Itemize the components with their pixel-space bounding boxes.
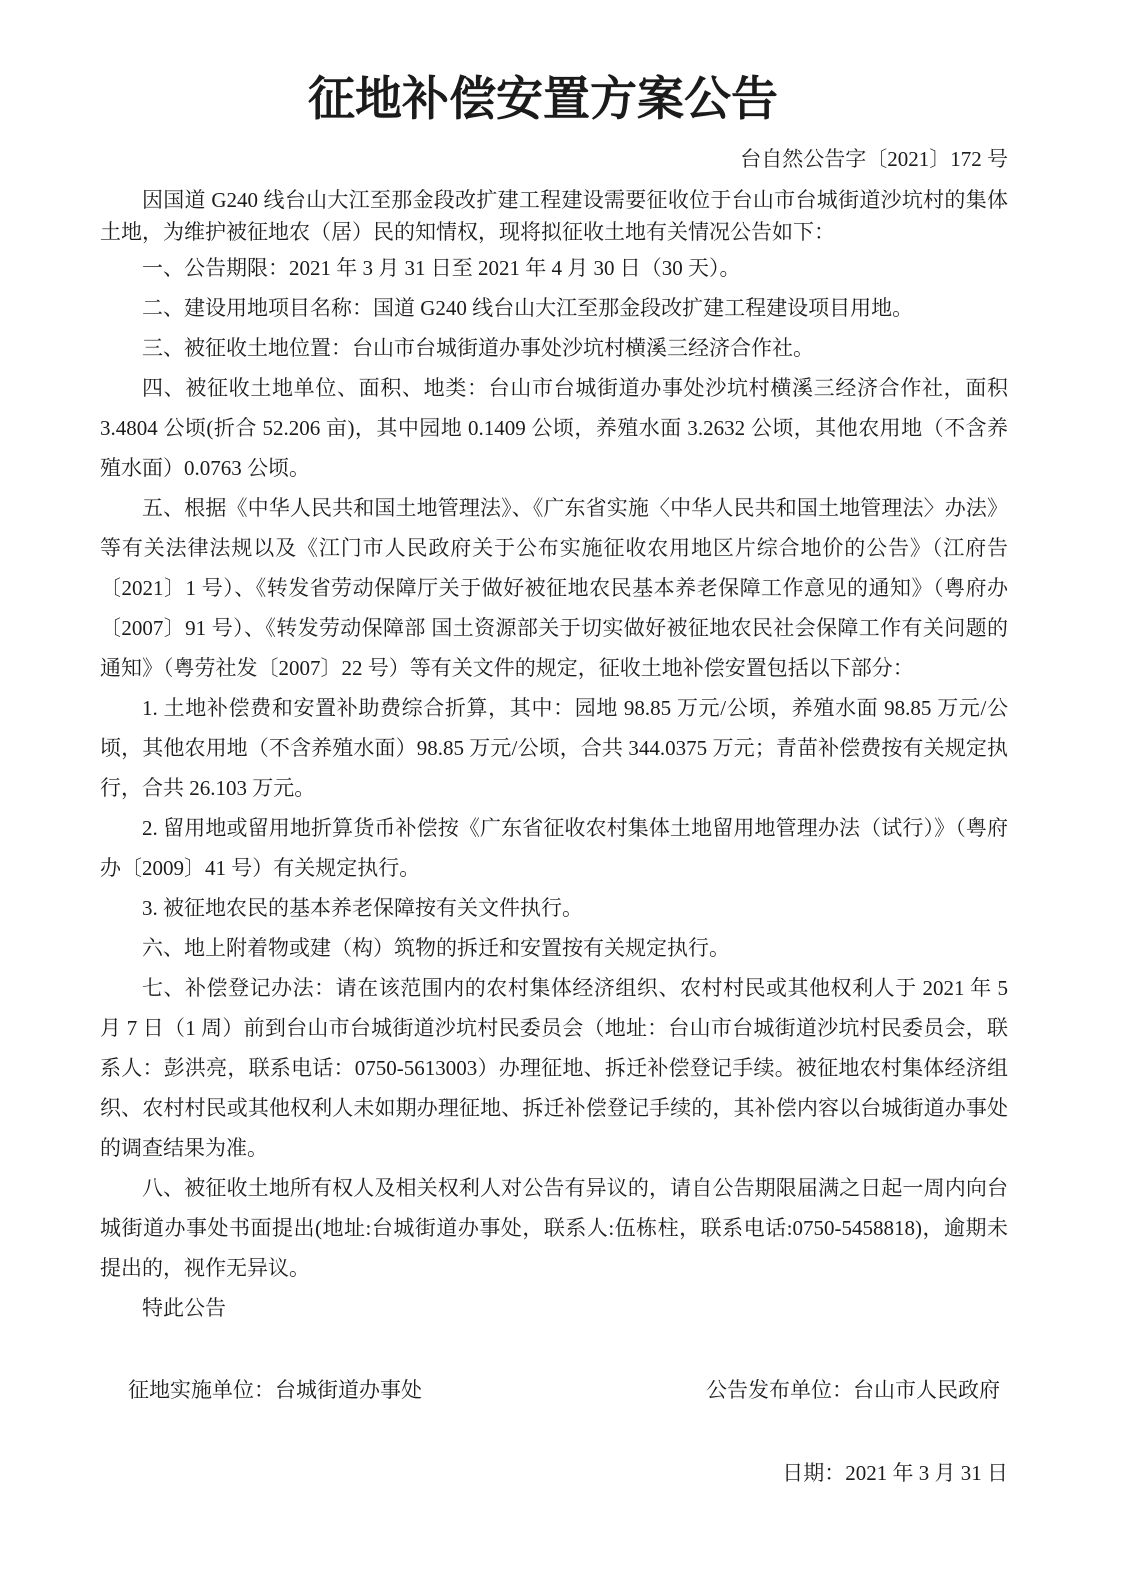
section-4-land-unit-area-type: 四、被征收土地单位、面积、地类：台山市台城街道办事处沙坑村横溪三经济合作社，面积… <box>100 368 1008 488</box>
section-2-project-name: 二、建设用地项目名称：国道 G240 线台山大江至那金段改扩建工程建设项目用地。 <box>100 288 1008 328</box>
item-1-land-compensation: 1. 土地补偿费和安置补助费综合折算，其中：园地 98.85 万元/公顷，养殖水… <box>100 688 1008 808</box>
section-1-announcement-period: 一、公告期限：2021 年 3 月 31 日至 2021 年 4 月 30 日（… <box>100 248 1008 288</box>
closing-statement: 特此公告 <box>100 1288 1008 1328</box>
announcement-page: 征地补偿安置方案公告 台自然公告字〔2021〕172 号 因国道 G240 线台… <box>0 0 1122 1587</box>
document-body: 征地补偿安置方案公告 台自然公告字〔2021〕172 号 因国道 G240 线台… <box>100 0 1008 1328</box>
footer-implement-unit: 征地实施单位：台城街道办事处 <box>100 1370 422 1410</box>
item-3-pension-security: 3. 被征地农民的基本养老保障按有关文件执行。 <box>100 888 1008 928</box>
section-8-objection: 八、被征收土地所有权人及相关权利人对公告有异议的，请自公告期限届满之日起一周内向… <box>100 1168 1008 1288</box>
section-5-legal-basis: 五、根据《中华人民共和国土地管理法》、《广东省实施〈中华人民共和国土地管理法〉办… <box>100 488 1008 688</box>
section-6-attachments: 六、地上附着物或建（构）筑物的拆迁和安置按有关规定执行。 <box>100 928 1008 968</box>
intro-paragraph: 因国道 G240 线台山大江至那金段改扩建工程建设需要征收位于台山市台城街道沙坑… <box>100 184 1008 248</box>
footer-units-row: 征地实施单位：台城街道办事处 公告发布单位：台山市人民政府 <box>100 1370 1008 1410</box>
body-sections: 一、公告期限：2021 年 3 月 31 日至 2021 年 4 月 30 日（… <box>100 248 1008 1328</box>
footer-publish-unit: 公告发布单位：台山市人民政府 <box>706 1370 1008 1410</box>
document-number: 台自然公告字〔2021〕172 号 <box>100 148 1008 170</box>
document-title: 征地补偿安置方案公告 <box>100 66 1008 134</box>
footer-date: 日期：2021 年 3 月 31 日 <box>100 1453 1008 1493</box>
section-3-land-location: 三、被征收土地位置：台山市台城街道办事处沙坑村横溪三经济合作社。 <box>100 328 1008 368</box>
item-2-reserved-land: 2. 留用地或留用地折算货币补偿按《广东省征收农村集体土地留用地管理办法（试行）… <box>100 808 1008 888</box>
section-7-registration-method: 七、补偿登记办法：请在该范围内的农村集体经济组织、农村村民或其他权利人于 202… <box>100 968 1008 1168</box>
